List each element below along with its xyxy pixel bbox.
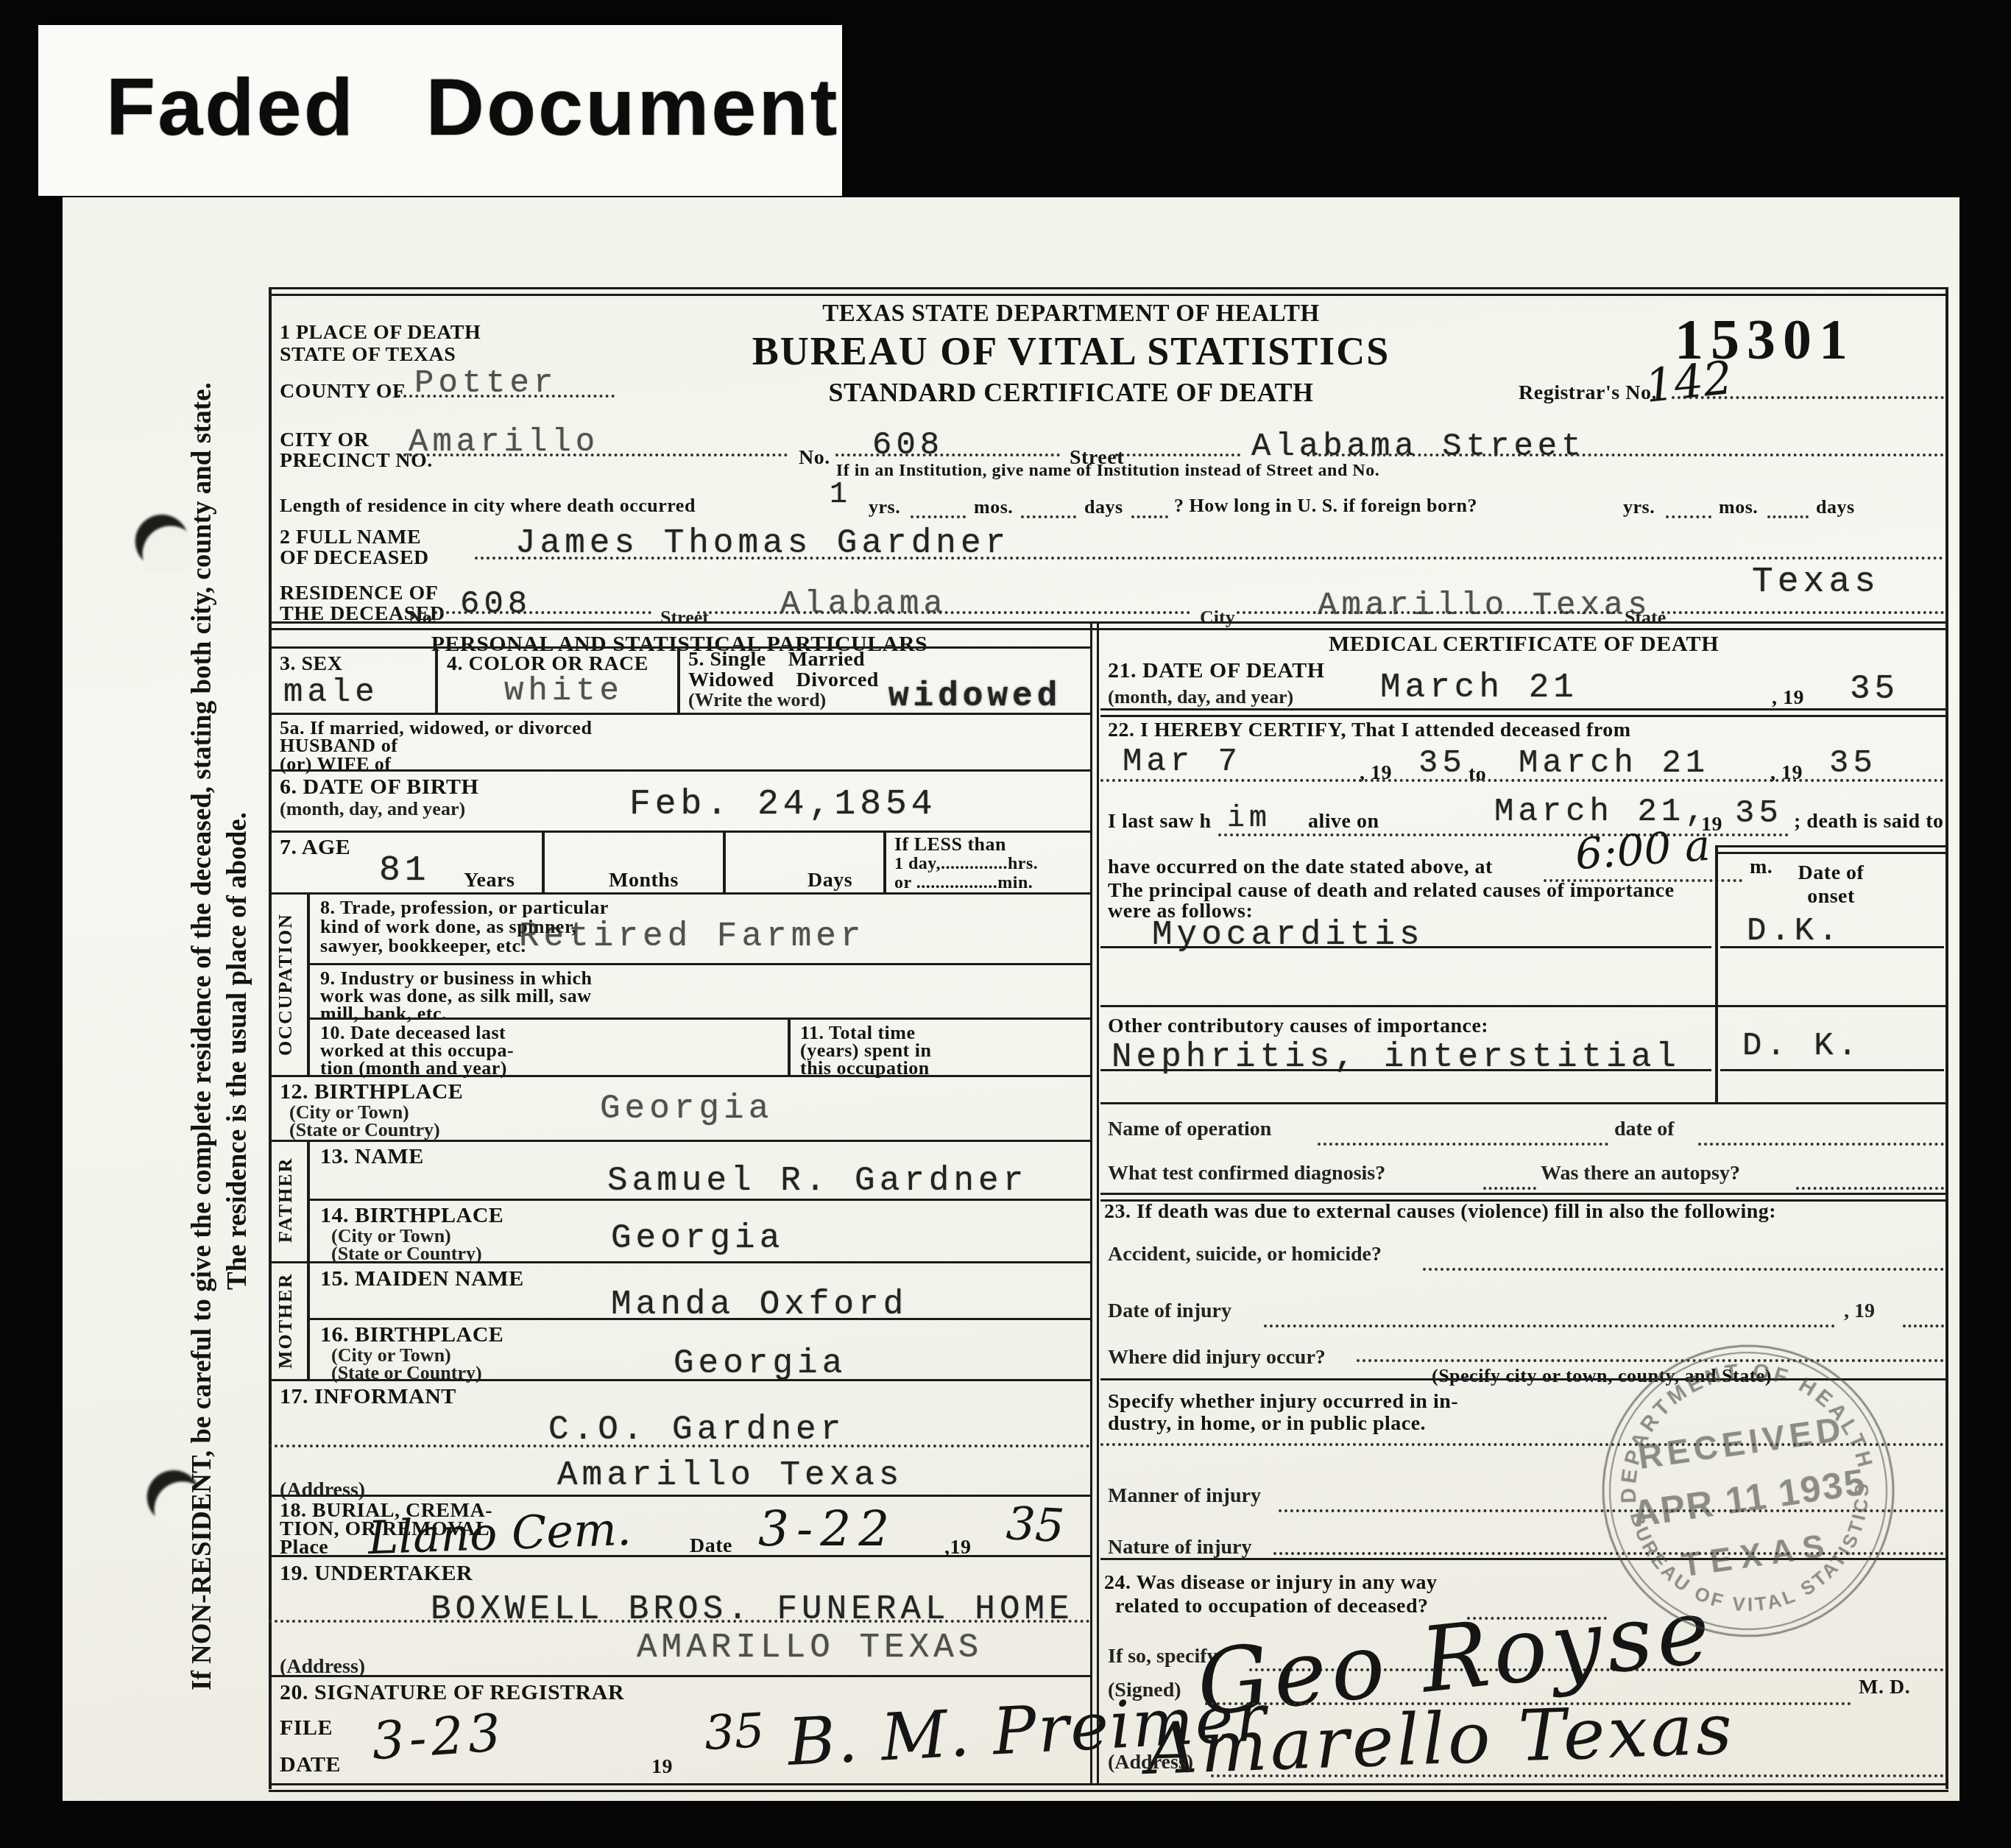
rule (269, 1379, 1090, 1381)
rule (542, 830, 545, 892)
rule (269, 830, 1090, 833)
age-months-label: Months (609, 869, 679, 892)
injury-place-label-1: Specify whether injury occurred in in- (1108, 1390, 1458, 1414)
rule (788, 1018, 791, 1075)
rule (1715, 845, 1718, 1102)
age-label: 7. AGE (280, 835, 350, 860)
form-border-right (1945, 287, 1948, 1789)
less-than-label-2: 1 day,..............hrs. (894, 854, 1038, 874)
mother-birthplace-label: 16. BIRTHPLACE (320, 1322, 503, 1347)
rule (1423, 1268, 1944, 1271)
last-saw-him: im (1227, 803, 1271, 836)
birthplace-sub-2: (State or Country) (289, 1119, 440, 1141)
undertaker-value: BOXWELL BROS. FUNERAL HOME (431, 1590, 1074, 1629)
received-stamp: DEPARTMENT OF HEALTH BUREAU OF VITAL STA… (1577, 1320, 1918, 1661)
rule (883, 830, 886, 892)
occurred-label: have occurred on the date stated above, … (1108, 856, 1493, 879)
age-value: 81 (379, 851, 431, 891)
less-than-label-3: or .................min. (894, 873, 1033, 893)
rule (307, 963, 1090, 965)
date-of-death-value: March 21 (1380, 669, 1578, 707)
rule (1211, 1774, 1944, 1777)
column-divider (1090, 621, 1099, 1783)
father-birthplace-label: 14. BIRTHPLACE (320, 1203, 503, 1228)
bureau-title: BUREAU OF VITAL STATISTICS (637, 328, 1505, 374)
birthplace-label: 12. BIRTHPLACE (280, 1079, 463, 1104)
faded-document-banner: Faded Document (38, 25, 842, 196)
file-year-value: 35 (703, 1704, 766, 1761)
rule (269, 892, 1090, 895)
dept-title: TEXAS STATE DEPARTMENT OF HEALTH (637, 300, 1505, 328)
rule (307, 892, 310, 1075)
rule (1483, 1187, 1536, 1190)
dod-year-value: 35 (1850, 670, 1899, 708)
mother-birthplace-value: Georgia (674, 1344, 847, 1383)
rule (677, 646, 680, 713)
res-city-value: Amarillo Texas (1318, 588, 1652, 624)
burial-date-value: 3-22 (758, 1500, 897, 1557)
form-border-left (269, 287, 272, 1789)
injury-date-year: , 19 (1844, 1299, 1875, 1323)
age-days-label: Days (807, 869, 852, 892)
date-of-death-label: 21. DATE OF DEATH (1108, 658, 1325, 683)
md-label: M. D. (1859, 1676, 1910, 1699)
injury-date-label: Date of injury (1108, 1299, 1231, 1323)
residence-length-value: 1 (830, 479, 852, 512)
birthplace-value: Georgia (600, 1090, 773, 1128)
unit-days-2: days (1816, 496, 1855, 518)
operation-date-label: date of (1614, 1118, 1675, 1141)
rule (397, 454, 788, 456)
attended-from-value: Mar 7 (1123, 744, 1242, 780)
father-name-value: Samuel R. Gardner (607, 1162, 1028, 1200)
rule (1666, 515, 1711, 518)
form-border-bottom (269, 1783, 1948, 1792)
place-of-death-label: 1 PLACE OF DEATH (280, 321, 481, 345)
rule (1100, 779, 1944, 782)
rule (307, 1318, 1090, 1320)
to-word: to (1469, 763, 1486, 786)
father-vertical-label: FATHER (275, 1144, 307, 1256)
onset-label-2: onset (1722, 885, 1940, 909)
rule (1237, 611, 1616, 614)
res-state-value: Texas (1752, 562, 1880, 602)
operation-label: Name of operation (1108, 1118, 1271, 1141)
rule (1021, 515, 1076, 518)
dod-year-prefix: , 19 (1772, 686, 1804, 710)
institution-note: If in an Institution, give name of Insti… (651, 461, 1564, 481)
date-of-death-sublabel: (month, day, and year) (1108, 686, 1293, 708)
trade-value: Retired Farmer (519, 917, 865, 956)
injury-place-label-2: dustry, in home, or in public place. (1108, 1412, 1426, 1436)
rule (475, 557, 1944, 560)
father-birthplace-value: Georgia (611, 1219, 784, 1258)
file-date-label: DATE (280, 1752, 341, 1777)
rule (1318, 1143, 1608, 1146)
undertaker-label: 19. UNDERTAKER (280, 1561, 473, 1586)
burial-year-value: 35 (1005, 1496, 1066, 1553)
unit-yrs: yrs. (869, 496, 900, 518)
unit-yrs-2: yrs. (1623, 496, 1655, 518)
last-saw-year: 35 (1735, 795, 1783, 832)
rule (269, 769, 1090, 772)
dob-sublabel: (month, day, and year) (280, 798, 465, 820)
undertaker-address-value: AMARILLO TEXAS (637, 1629, 983, 1667)
physician-address-label: (Address) (1108, 1751, 1193, 1774)
rule (1767, 515, 1809, 518)
rule (1100, 1069, 1711, 1071)
rule (307, 1199, 1090, 1201)
rule (1100, 1005, 1947, 1007)
violence-label: 23. If death was due to external causes … (1104, 1200, 1776, 1224)
state-of-texas-label: STATE OF TEXAS (280, 343, 456, 367)
last-saw-label-1: I last saw h (1108, 810, 1212, 833)
residence-length-label: Length of residence in city where death … (280, 495, 696, 517)
registrar-no-label: Registrar's No. (1519, 381, 1657, 405)
time-of-death-value: 6:00 a (1574, 820, 1712, 880)
marital-value: widowed (888, 677, 1061, 716)
rule (1100, 708, 1947, 717)
rule (1264, 1325, 1835, 1327)
certify-label: 22. I HEREBY CERTIFY, That I attended de… (1108, 719, 1631, 742)
registrar-signature-label: 20. SIGNATURE OF REGISTRAR (280, 1680, 624, 1705)
rule (434, 611, 651, 614)
registrar-no-value: 142 (1643, 350, 1735, 413)
rule (269, 1620, 1090, 1623)
contributory-label: Other contributory causes of importance: (1108, 1015, 1488, 1038)
rule (1720, 946, 1944, 948)
rule (397, 395, 615, 398)
rule (269, 621, 1948, 630)
unit-days: days (1084, 496, 1123, 518)
rule (269, 713, 1090, 715)
q24-label-1: 24. Was disease or injury in any way (1104, 1571, 1438, 1595)
rule (269, 1140, 1090, 1142)
from-year-value: 35 (1418, 745, 1466, 782)
informant-value: C.O. Gardner (548, 1411, 845, 1449)
father-name-label: 13. NAME (320, 1144, 424, 1169)
rule (269, 1675, 1090, 1677)
house-no-value: 608 (872, 427, 944, 464)
rule (269, 1495, 1090, 1497)
principal-cause-value: Myocarditis (1152, 916, 1424, 954)
attended-to-value: March 21 (1519, 745, 1709, 782)
sex-label: 3. SEX (280, 652, 342, 676)
rule (1796, 1187, 1944, 1190)
age-years-label: Years (464, 869, 515, 892)
rule (1698, 1143, 1944, 1146)
fullname-label-2: OF DECEASED (280, 546, 429, 570)
rule (1100, 1102, 1947, 1104)
last-saw-label-3: ; death is said to (1794, 810, 1943, 833)
onset-label-1: Date of (1722, 861, 1940, 885)
res-street-value: Alabama (780, 586, 947, 623)
margin-note-line2: The residence is the usual place of abod… (222, 521, 255, 1581)
certificate-title: STANDARD CERTIFICATE OF DEATH (637, 377, 1505, 408)
signed-label: (Signed) (1108, 1679, 1181, 1702)
husband-wife-label-3: (or) WIFE of (280, 753, 391, 775)
to-year-value: 35 (1829, 745, 1877, 782)
rule (435, 646, 438, 713)
race-value: white (504, 673, 623, 710)
mother-name-label: 15. MAIDEN NAME (320, 1266, 524, 1291)
res-no-value: 608 (460, 586, 531, 623)
rule (1672, 396, 1944, 399)
rule (1115, 454, 1240, 456)
margin-note-line1: If NON-RESIDENT, be careful to give the … (186, 278, 222, 1795)
rule (1715, 845, 1947, 854)
rule (1307, 454, 1944, 456)
street-value: Alabama Street (1251, 429, 1586, 465)
test-label: What test confirmed diagnosis? (1108, 1162, 1385, 1185)
trade-label-3: sawyer, bookkeeper, etc. (320, 935, 526, 957)
dob-value: Feb. 24,1854 (629, 785, 937, 825)
principal-cause-onset: D.K. (1747, 913, 1842, 950)
sex-value: male (283, 674, 379, 711)
rule (1903, 1325, 1944, 1327)
injury-where-label: Where did injury occur? (1108, 1346, 1326, 1369)
mother-vertical-label: MOTHER (275, 1266, 307, 1375)
rule (1661, 611, 1944, 614)
rule (911, 515, 966, 518)
file-year-prefix: 19 (651, 1755, 673, 1779)
manner-label: Manner of injury (1108, 1484, 1261, 1508)
unit-mos: mos. (974, 496, 1013, 518)
rule (1100, 946, 1711, 948)
autopsy-label: Was there an autopsy? (1541, 1162, 1740, 1185)
form-border-top (269, 287, 1948, 296)
rule (1131, 515, 1168, 518)
informant-label: 17. INFORMANT (280, 1384, 456, 1409)
rule (1720, 1069, 1944, 1071)
dob-label: 6. DATE OF BIRTH (280, 775, 478, 800)
nature-label: Nature of injury (1108, 1536, 1251, 1559)
certificate-paper: If NON-RESIDENT, be careful to give the … (63, 197, 1959, 1801)
marital-label-3: (Write the word) (688, 689, 826, 711)
unit-mos-2: mos. (1719, 496, 1758, 518)
file-label: FILE (280, 1715, 333, 1741)
county-label: COUNTY OF (280, 380, 406, 403)
rule (835, 454, 1060, 456)
rule (307, 1261, 310, 1379)
rule (269, 1445, 1090, 1447)
last-saw-label-2: alive on (1308, 810, 1379, 833)
foreign-born-label: ? How long in U. S. if foreign born? (1174, 495, 1477, 517)
informant-address-value: Amarillo Texas (557, 1456, 903, 1495)
occupation-vertical-label: OCCUPATION (275, 897, 307, 1072)
rule (269, 1075, 1090, 1077)
file-date-value: 3-23 (370, 1702, 507, 1771)
section-medical: MEDICAL CERTIFICATE OF DEATH (1100, 632, 1947, 657)
rule (307, 1018, 1090, 1020)
rule (723, 830, 726, 892)
accident-label: Accident, suicide, or homicide? (1108, 1243, 1382, 1266)
rule (269, 1555, 1090, 1557)
rule (697, 611, 1190, 614)
less-than-label-1: If LESS than (894, 833, 1006, 856)
contributory-onset: D. K. (1742, 1028, 1862, 1065)
banner-title: Faded Document (106, 60, 839, 154)
rule (269, 1261, 1090, 1263)
